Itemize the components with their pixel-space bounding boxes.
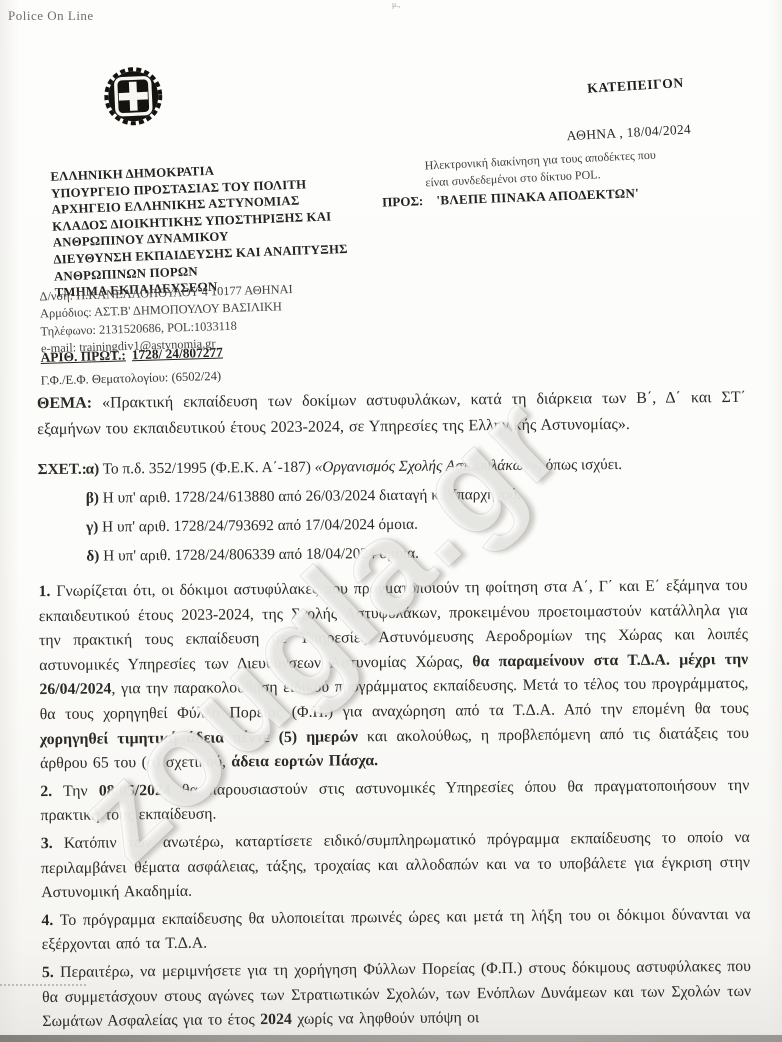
reference-item-d: δ) Η υπ' αριθ. 1728/24/806339 από 18/04/… — [86, 536, 747, 571]
letter-body: ΘΕΜΑ: «Πρακτική εκπαίδευση των δοκίμων α… — [37, 385, 752, 1038]
references-label: ΣΧΕΤ.: — [37, 455, 86, 571]
recipient-value: 'ΒΛΕΠΕ ΠΙΝΑΚΑ ΑΠΟΔΕΚΤΩΝ' — [436, 185, 639, 207]
paragraph-4: 4. Το πρόγραμμα εκπαίδευσης θα υλοποιείτ… — [41, 903, 750, 958]
urgency-stamp: ΚΑΤΕΠΕΙΓΟΝ — [587, 75, 684, 97]
paragraph-2: 2. Την 08/05/2024 θα παρουσιαστούν στις … — [40, 774, 749, 829]
protocol-label: ΑΡΙΘ. ΠΡΩΤ.: — [40, 347, 126, 365]
hellenic-republic-emblem-icon — [103, 64, 164, 128]
recipient-line: ΠΡΟΣ: 'ΒΛΕΠΕ ΠΙΝΑΚΑ ΑΠΟΔΕΚΤΩΝ' — [382, 185, 639, 210]
paragraph-1: 1. Γνωρίζεται ότι, οι δόκιμοι αστυφύλακε… — [39, 574, 750, 777]
city-date: ΑΘΗΝΑ , 18/04/2024 — [566, 122, 691, 145]
scan-dots-artifact — [0, 984, 86, 986]
protocol-value: 1728/ 24/807277 — [132, 345, 224, 363]
references-items: α) Το π.δ. 352/1995 (Φ.Ε.Κ. Α΄-187) «Οργ… — [85, 449, 747, 571]
scan-edge-shadow — [0, 1035, 782, 1042]
paragraph-3: 3. Κατόπιν των ανωτέρω, καταρτίσετε ειδι… — [41, 826, 751, 906]
distribution-note: Ηλεκτρονική διακίνηση για τους αποδέκτες… — [424, 143, 725, 190]
paragraph-5: 5. Περαιτέρω, να μεριμνήσετε για τη χορή… — [42, 955, 752, 1035]
document-page: ΚΑΤΕΠΕΙΓΟΝ ΑΘΗΝΑ , 18/04/2024 Ηλεκτρονικ… — [0, 0, 782, 1042]
subject-paragraph: ΘΕΜΑ: «Πρακτική εκπαίδευση των δοκίμων α… — [37, 385, 746, 443]
file-reference-line: Γ.Φ./Ε.Φ. Θεματολογίου: (6502/24) — [41, 369, 222, 389]
references-block: ΣΧΕΤ.: α) Το π.δ. 352/1995 (Φ.Ε.Κ. Α΄-18… — [37, 449, 747, 571]
